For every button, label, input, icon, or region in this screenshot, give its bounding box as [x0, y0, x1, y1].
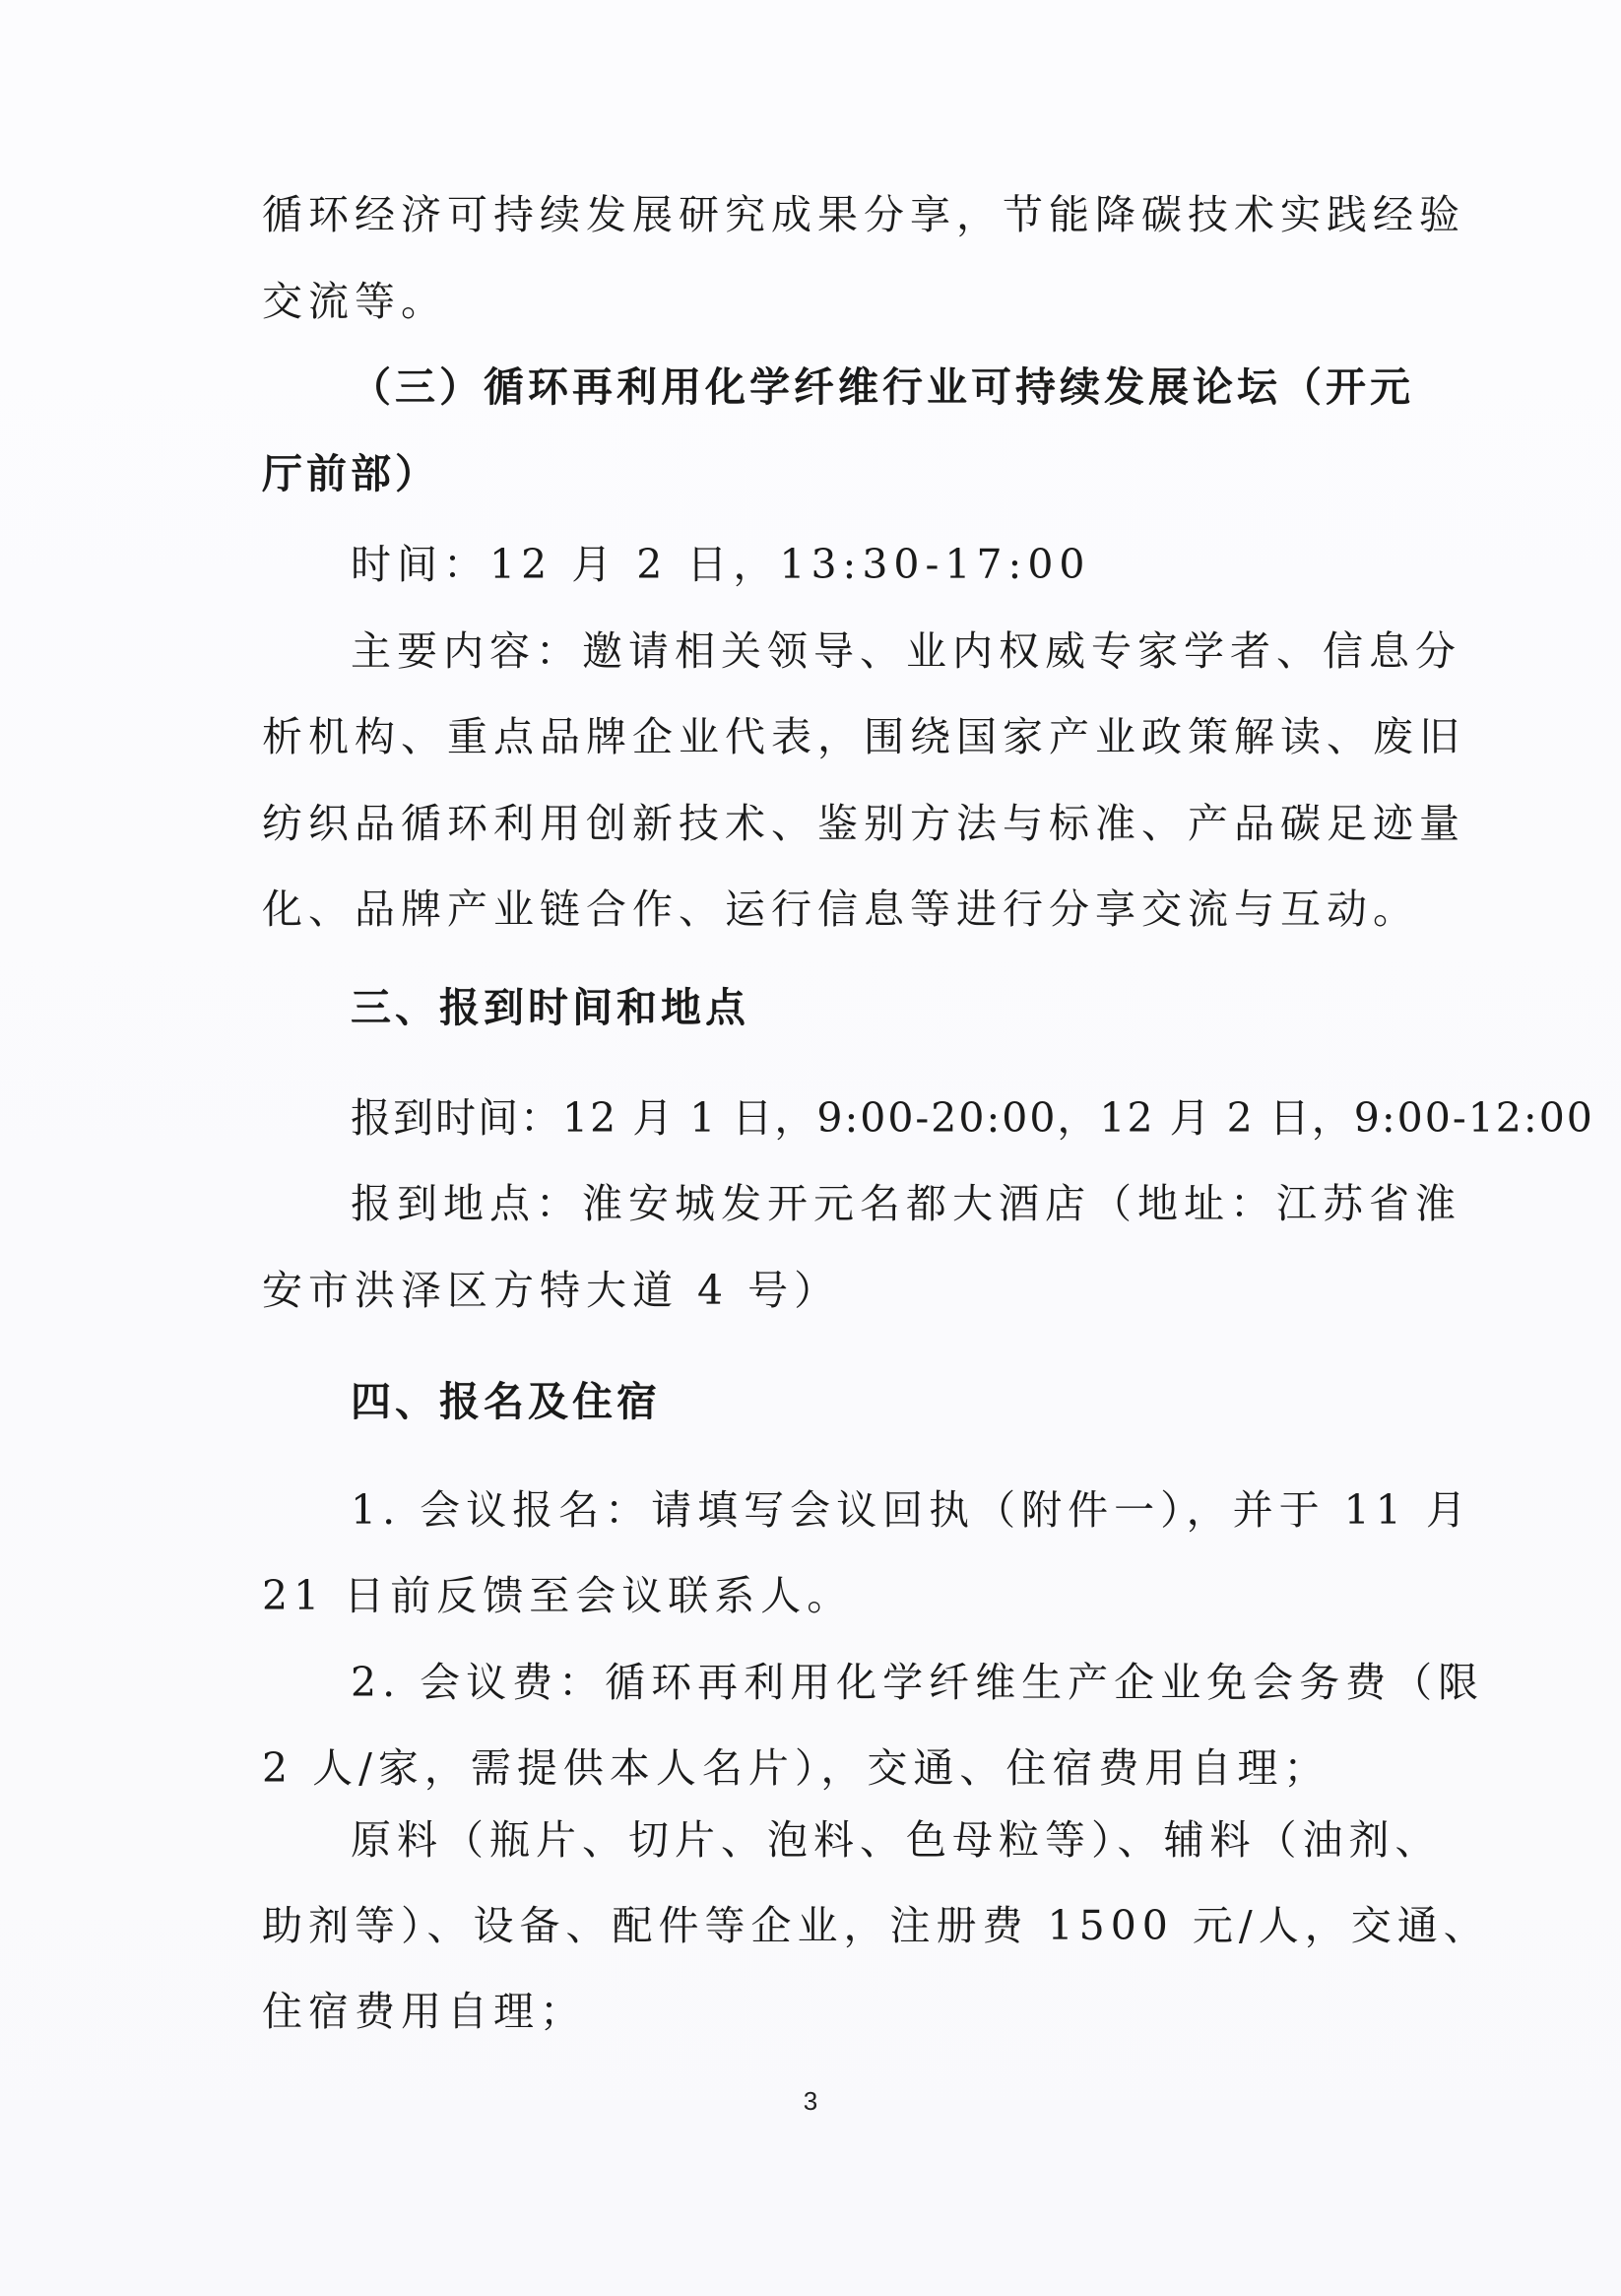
list-item: 2. 会议费：循环再利用化学纤维生产企业免会务费（限	[351, 1655, 1493, 1710]
paragraph-line: 析机构、重点品牌企业代表，围绕国家产业政策解读、废旧	[262, 709, 1404, 764]
paragraph-line: 纺织品循环利用创新技术、鉴别方法与标准、产品碳足迹量	[262, 796, 1404, 851]
registration-time: 报到时间：12 月 1 日，9:00-20:00，12 月 2 日，9:00-1…	[351, 1090, 1493, 1146]
paragraph-line: 循环经济可持续发展研究成果分享，节能降碳技术实践经验	[262, 187, 1404, 242]
document-page: 循环经济可持续发展研究成果分享，节能降碳技术实践经验 交流等。 （三）循环再利用…	[0, 0, 1621, 2296]
paragraph-line: 安市洪泽区方特大道 4 号）	[262, 1263, 1404, 1318]
paragraph-line: 原料（瓶片、切片、泡料、色母粒等）、辅料（油剂、	[351, 1812, 1493, 1868]
paragraph-line: 2 人/家，需提供本人名片），交通、住宿费用自理；	[262, 1740, 1404, 1796]
page-number: 3	[0, 2086, 1621, 2117]
paragraph-line: 21 日前反馈至会议联系人。	[262, 1568, 1404, 1623]
paragraph-line: 住宿费用自理；	[262, 1984, 1404, 2039]
section-heading: 四、报名及住宿	[351, 1374, 1493, 1429]
section-heading: 厅前部）	[262, 446, 1404, 501]
forum-time: 时间：12 月 2 日，13:30-17:00	[351, 537, 1493, 592]
paragraph-line: 主要内容：邀请相关领导、业内权威专家学者、信息分	[351, 623, 1493, 679]
section-heading: 三、报到时间和地点	[351, 980, 1493, 1035]
paragraph-line: 化、品牌产业链合作、运行信息等进行分享交流与互动。	[262, 882, 1404, 937]
paragraph-line: 助剂等）、设备、配件等企业，注册费 1500 元/人，交通、	[262, 1898, 1404, 1953]
list-item: 1. 会议报名：请填写会议回执（附件一），并于 11 月	[351, 1482, 1493, 1538]
paragraph-line: 交流等。	[262, 274, 1404, 329]
registration-location: 报到地点：淮安城发开元名都大酒店（地址：江苏省淮	[351, 1176, 1493, 1231]
section-heading: （三）循环再利用化学纤维行业可持续发展论坛（开元	[351, 360, 1493, 415]
